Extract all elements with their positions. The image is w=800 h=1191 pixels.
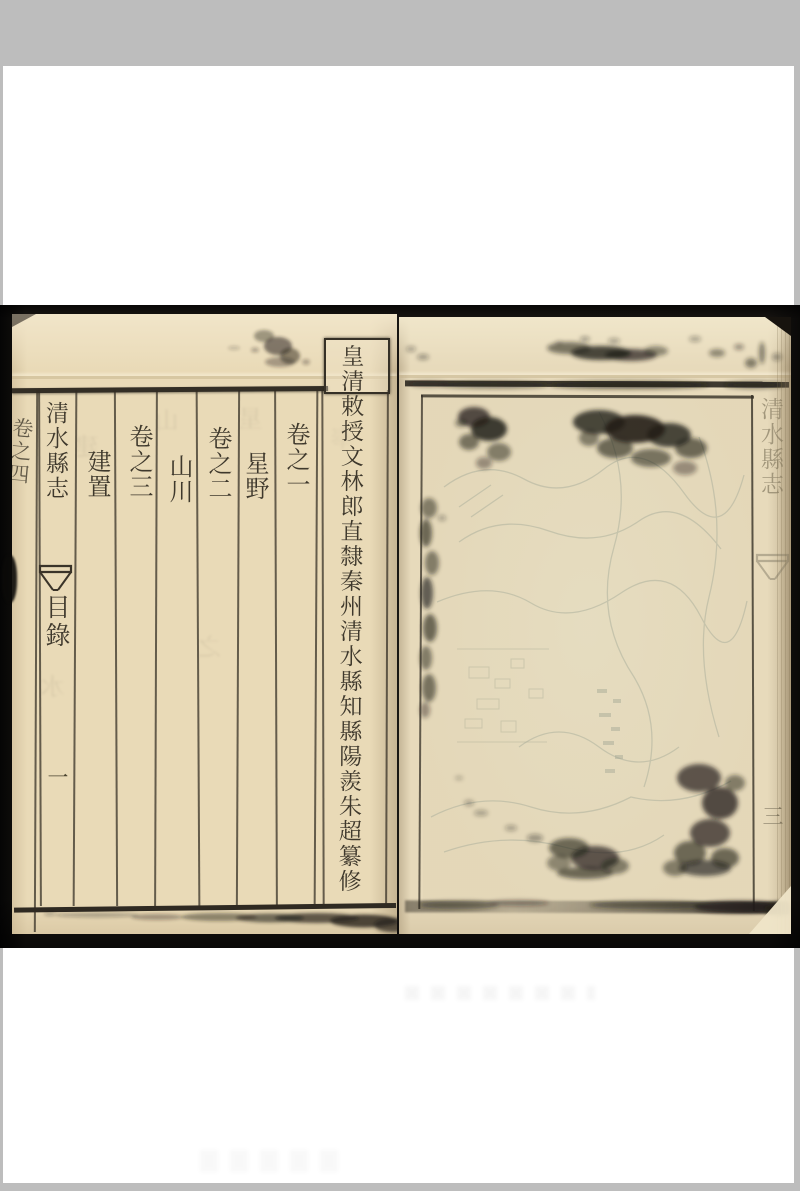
bleedthrough-mark: 山 bbox=[158, 408, 182, 432]
column-rule bbox=[154, 390, 158, 906]
column-rule bbox=[385, 390, 389, 906]
book-photograph: 皇清敕授文林郎直隸秦州清水縣知縣陽羨朱超纂修 卷之一 星野 卷之二 山川 卷之三… bbox=[0, 305, 800, 948]
banxin-book-title: 清水縣志 bbox=[44, 401, 67, 501]
fishtail-ornament bbox=[38, 564, 74, 594]
toc-volume-1: 卷之一 bbox=[283, 422, 307, 497]
toc-volume-3: 卷之三 bbox=[126, 424, 150, 499]
column-rule bbox=[274, 390, 278, 906]
banxin-section-label: 目錄 bbox=[43, 594, 68, 650]
page-edge-curl bbox=[777, 317, 791, 934]
left-page: 皇清敕授文林郎直隸秦州清水縣知縣陽羨朱超纂修 卷之一 星野 卷之二 山川 卷之三… bbox=[12, 314, 397, 934]
binding-mark bbox=[2, 555, 17, 603]
frame-top-rule bbox=[12, 386, 328, 393]
toc-section-2: 山川 bbox=[166, 454, 190, 504]
bleedthrough-mark: 之 bbox=[200, 634, 224, 658]
column-rule bbox=[314, 390, 319, 906]
bleedthrough-mark: 建 bbox=[78, 434, 102, 458]
header-rule bbox=[405, 380, 789, 387]
column-rule bbox=[73, 390, 78, 906]
map-area bbox=[423, 397, 751, 903]
column-rule bbox=[114, 390, 118, 906]
column-rule bbox=[321, 390, 324, 906]
left-page-number: 一 bbox=[46, 766, 67, 787]
toc-volume-2: 卷之二 bbox=[205, 426, 229, 501]
bleedthrough-mark: 星 bbox=[242, 406, 266, 430]
fold-crease bbox=[399, 375, 791, 378]
map-frame-right bbox=[751, 395, 755, 911]
edge-strip-volume-label: 卷之四 bbox=[12, 416, 33, 487]
column-rule bbox=[236, 390, 240, 906]
right-page: 清水縣志 三 bbox=[399, 317, 791, 934]
page-corner-fold bbox=[749, 886, 791, 934]
bleedthrough-mark: 水 bbox=[44, 674, 68, 698]
bleedthrough-mark: 奉 bbox=[334, 426, 358, 450]
toc-section-1: 星野 bbox=[242, 451, 266, 501]
frame-bottom-rule bbox=[14, 903, 396, 912]
page-corner-shadow bbox=[765, 317, 791, 336]
page-corner-shadow bbox=[12, 314, 36, 327]
map-frame-bottom bbox=[405, 900, 789, 913]
scanned-book-image: 皇清敕授文林郎直隸秦州清水縣知縣陽羨朱超纂修 卷之一 星野 卷之二 山川 卷之三… bbox=[0, 0, 800, 1191]
